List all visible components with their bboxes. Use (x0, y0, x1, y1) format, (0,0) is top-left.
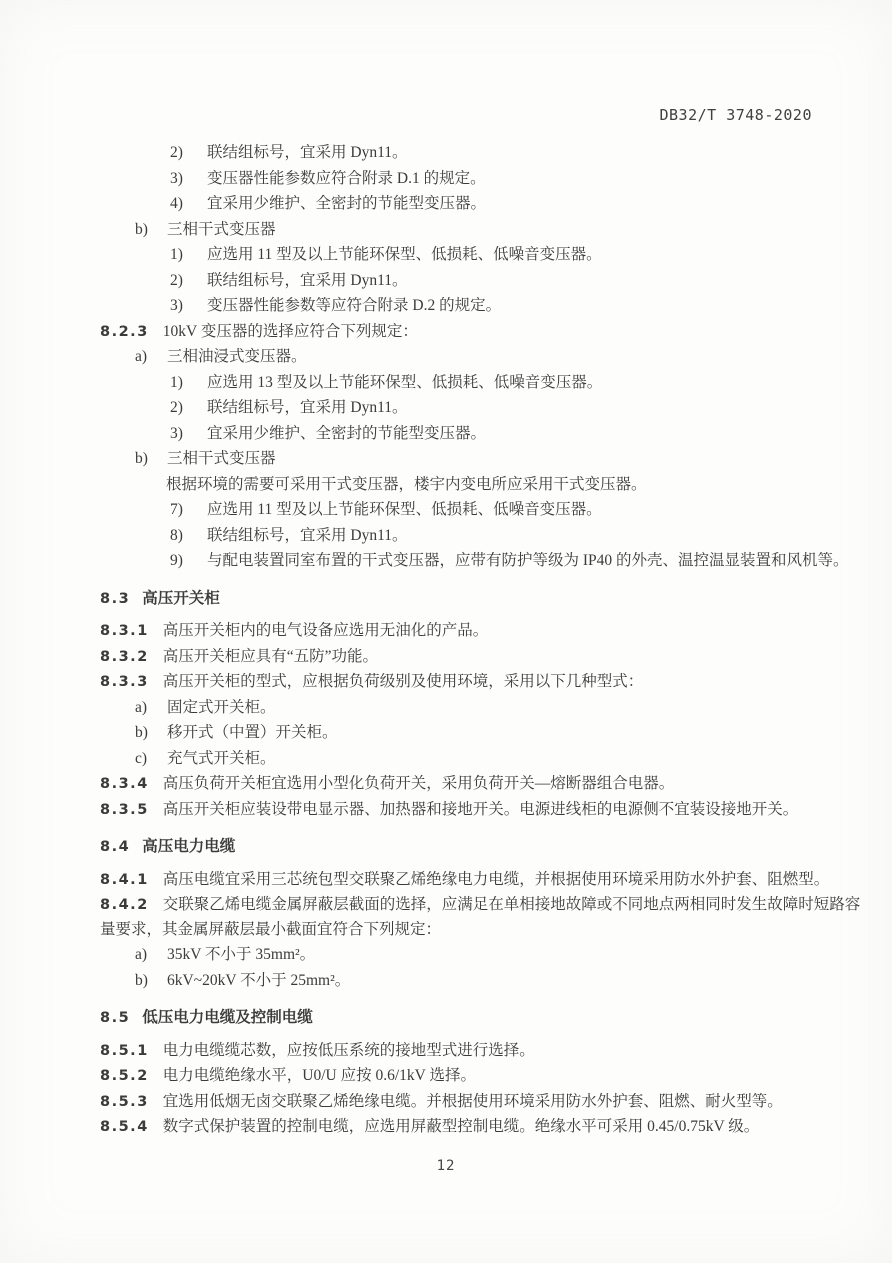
list-item: a)固定式开关柜。 (135, 696, 864, 721)
clause-text: 数字式保护装置的控制电缆，应选用屏蔽型控制电缆。绝缘水平可采用 0.45/0.7… (163, 1118, 759, 1135)
item-letter: b) (135, 969, 167, 994)
item-number: 2) (170, 396, 207, 421)
section-clause: 8.3.2高压开关柜应具有“五防”功能。 (100, 645, 864, 670)
clause-text: 高压开关柜的型式，应根据负荷级别及使用环境，采用以下几种型式： (163, 673, 644, 690)
clause-number: 8.3.3 (100, 674, 149, 690)
section-heading: 8.4高压电力电缆 (100, 835, 864, 860)
item-letter: b) (135, 447, 167, 472)
section-number: 8.5 (100, 1010, 130, 1026)
clause-number: 8.3.4 (100, 776, 149, 792)
item-text: 宜采用少维护、全密封的节能型变压器。 (207, 422, 486, 447)
section-title: 高压开关柜 (142, 590, 220, 607)
clause-number: 8.5.1 (100, 1043, 149, 1059)
section-clause: 8.3.4高压负荷开关柜宜选用小型化负荷开关，采用负荷开关—熔断器组合电器。 (100, 772, 864, 797)
item-text: 应选用 11 型及以上节能环保型、低损耗、低噪音变压器。 (207, 243, 602, 268)
paragraph: 根据环境的需要可采用干式变压器，楼宇内变电所应采用干式变压器。 (166, 473, 864, 498)
item-number: 1) (170, 371, 207, 396)
item-text: 三相干式变压器 (167, 447, 276, 472)
section-clause: 8.5.4数字式保护装置的控制电缆，应选用屏蔽型控制电缆。绝缘水平可采用 0.4… (100, 1115, 864, 1140)
item-text: 联结组标号，宜采用 Dyn11。 (207, 269, 408, 294)
item-number: 4) (170, 192, 207, 217)
list-item: 2)联结组标号，宜采用 Dyn11。 (170, 396, 864, 421)
list-item: 9)与配电装置同室布置的干式变压器，应带有防护等级为 IP40 的外壳、温控温显… (170, 549, 864, 574)
item-number: 3) (170, 422, 207, 447)
page-number: 12 (0, 1158, 892, 1174)
list-item: a)35kV 不小于 35mm²。 (135, 943, 864, 968)
item-text: 三相油浸式变压器。 (167, 345, 307, 370)
item-text: 三相干式变压器 (167, 218, 276, 243)
section-clause: 8.2.310kV 变压器的选择应符合下列规定： (100, 320, 864, 345)
clause-text: 电力电缆缆芯数，应按低压系统的接地型式进行选择。 (163, 1042, 535, 1059)
item-text: 6kV~20kV 不小于 25mm²。 (167, 969, 350, 994)
clause-number: 8.3.5 (100, 802, 149, 818)
section-heading: 8.5低压电力电缆及控制电缆 (100, 1006, 864, 1031)
item-text: 联结组标号，宜采用 Dyn11。 (207, 396, 408, 421)
clause-text: 高压电缆宜采用三芯统包型交联聚乙烯绝缘电力电缆，并根据使用环境采用防水外护套、阻… (163, 871, 830, 888)
list-item: b)三相干式变压器 (135, 218, 864, 243)
item-number: 1) (170, 243, 207, 268)
clause-text: 高压开关柜应装设带电显示器、加热器和接地开关。电源进线柜的电源侧不宜装设接地开关… (163, 801, 799, 818)
item-text: 宜采用少维护、全密封的节能型变压器。 (207, 192, 486, 217)
clause-number: 8.3.2 (100, 649, 149, 665)
item-number: 9) (170, 549, 207, 574)
list-item: b)三相干式变压器 (135, 447, 864, 472)
item-text: 变压器性能参数等应符合附录 D.2 的规定。 (207, 294, 501, 319)
list-item: 7)应选用 11 型及以上节能环保型、低损耗、低噪音变压器。 (170, 498, 864, 523)
item-text: 应选用 11 型及以上节能环保型、低损耗、低噪音变压器。 (207, 498, 602, 523)
clause-text: 高压开关柜内的电气设备应选用无油化的产品。 (163, 622, 489, 639)
clause-number: 8.3.1 (100, 623, 149, 639)
section-clause: 8.4.1高压电缆宜采用三芯统包型交联聚乙烯绝缘电力电缆，并根据使用环境采用防水… (100, 868, 864, 893)
section-clause: 8.4.2交联聚乙烯电缆金属屏蔽层截面的选择，应满足在单相接地故障或不同地点两相… (100, 893, 864, 942)
list-item: 3)宜采用少维护、全密封的节能型变压器。 (170, 422, 864, 447)
list-item: 4)宜采用少维护、全密封的节能型变压器。 (170, 192, 864, 217)
clause-text: 交联聚乙烯电缆金属屏蔽层截面的选择，应满足在单相接地故障或不同地点两相同时发生故… (100, 896, 860, 938)
list-item: 2)联结组标号，宜采用 Dyn11。 (170, 141, 864, 166)
list-item: c)充气式开关柜。 (135, 747, 864, 772)
item-number: 3) (170, 167, 207, 192)
section-clause: 8.3.5高压开关柜应装设带电显示器、加热器和接地开关。电源进线柜的电源侧不宜装… (100, 798, 864, 823)
clause-number: 8.4.1 (100, 872, 149, 888)
item-number: 2) (170, 141, 207, 166)
section-number: 8.3 (100, 591, 130, 607)
section-clause: 8.3.3高压开关柜的型式，应根据负荷级别及使用环境，采用以下几种型式： (100, 670, 864, 695)
list-item: b)移开式（中置）开关柜。 (135, 721, 864, 746)
item-text: 联结组标号，宜采用 Dyn11。 (207, 524, 408, 549)
clause-text: 高压负荷开关柜宜选用小型化负荷开关，采用负荷开关—熔断器组合电器。 (163, 775, 675, 792)
item-letter: b) (135, 218, 167, 243)
section-clause: 8.5.3宜选用低烟无卤交联聚乙烯绝缘电缆。并根据使用环境采用防水外护套、阻燃、… (100, 1090, 864, 1115)
item-text: 充气式开关柜。 (167, 747, 276, 772)
item-number: 2) (170, 269, 207, 294)
clause-text: 电力电缆绝缘水平，U0/U 应按 0.6/1kV 选择。 (163, 1067, 476, 1084)
list-item: a)三相油浸式变压器。 (135, 345, 864, 370)
list-item: 1)应选用 13 型及以上节能环保型、低损耗、低噪音变压器。 (170, 371, 864, 396)
item-letter: c) (135, 747, 167, 772)
section-number: 8.4 (100, 839, 130, 855)
item-text: 固定式开关柜。 (167, 696, 276, 721)
clause-number: 8.4.2 (100, 897, 149, 913)
clause-text: 高压开关柜应具有“五防”功能。 (163, 648, 378, 665)
list-item: 2)联结组标号，宜采用 Dyn11。 (170, 269, 864, 294)
document-code-header: DB32/T 3748-2020 (660, 106, 813, 124)
list-item: b)6kV~20kV 不小于 25mm²。 (135, 969, 864, 994)
item-number: 3) (170, 294, 207, 319)
clause-number: 8.5.3 (100, 1094, 149, 1110)
list-item: 8)联结组标号，宜采用 Dyn11。 (170, 524, 864, 549)
clause-number: 8.2.3 (100, 324, 149, 340)
list-item: 1)应选用 11 型及以上节能环保型、低损耗、低噪音变压器。 (170, 243, 864, 268)
item-letter: a) (135, 943, 167, 968)
item-letter: a) (135, 345, 167, 370)
item-letter: a) (135, 696, 167, 721)
document-page: DB32/T 3748-2020 2)联结组标号，宜采用 Dyn11。 3)变压… (0, 0, 892, 1263)
item-text: 移开式（中置）开关柜。 (167, 721, 338, 746)
document-body: 2)联结组标号，宜采用 Dyn11。 3)变压器性能参数应符合附录 D.1 的规… (100, 140, 864, 1141)
item-number: 7) (170, 498, 207, 523)
clause-text: 10kV 变压器的选择应符合下列规定： (163, 323, 418, 340)
item-text: 与配电装置同室布置的干式变压器，应带有防护等级为 IP40 的外壳、温控温显装置… (207, 549, 849, 574)
clause-number: 8.5.4 (100, 1119, 149, 1135)
section-clause: 8.3.1高压开关柜内的电气设备应选用无油化的产品。 (100, 619, 864, 644)
item-number: 8) (170, 524, 207, 549)
section-title: 高压电力电缆 (142, 838, 235, 855)
section-title: 低压电力电缆及控制电缆 (142, 1009, 313, 1026)
paragraph-text: 根据环境的需要可采用干式变压器，楼宇内变电所应采用干式变压器。 (166, 476, 647, 493)
clause-number: 8.5.2 (100, 1068, 149, 1084)
section-heading: 8.3高压开关柜 (100, 587, 864, 612)
section-clause: 8.5.1电力电缆缆芯数，应按低压系统的接地型式进行选择。 (100, 1039, 864, 1064)
item-text: 变压器性能参数应符合附录 D.1 的规定。 (207, 167, 486, 192)
item-text: 联结组标号，宜采用 Dyn11。 (207, 141, 408, 166)
clause-text: 宜选用低烟无卤交联聚乙烯绝缘电缆。并根据使用环境采用防水外护套、阻燃、耐火型等。 (163, 1093, 783, 1110)
section-clause: 8.5.2电力电缆绝缘水平，U0/U 应按 0.6/1kV 选择。 (100, 1064, 864, 1089)
list-item: 3)变压器性能参数应符合附录 D.1 的规定。 (170, 167, 864, 192)
item-text: 应选用 13 型及以上节能环保型、低损耗、低噪音变压器。 (207, 371, 602, 396)
item-letter: b) (135, 721, 167, 746)
item-text: 35kV 不小于 35mm²。 (167, 943, 315, 968)
list-item: 3)变压器性能参数等应符合附录 D.2 的规定。 (170, 294, 864, 319)
